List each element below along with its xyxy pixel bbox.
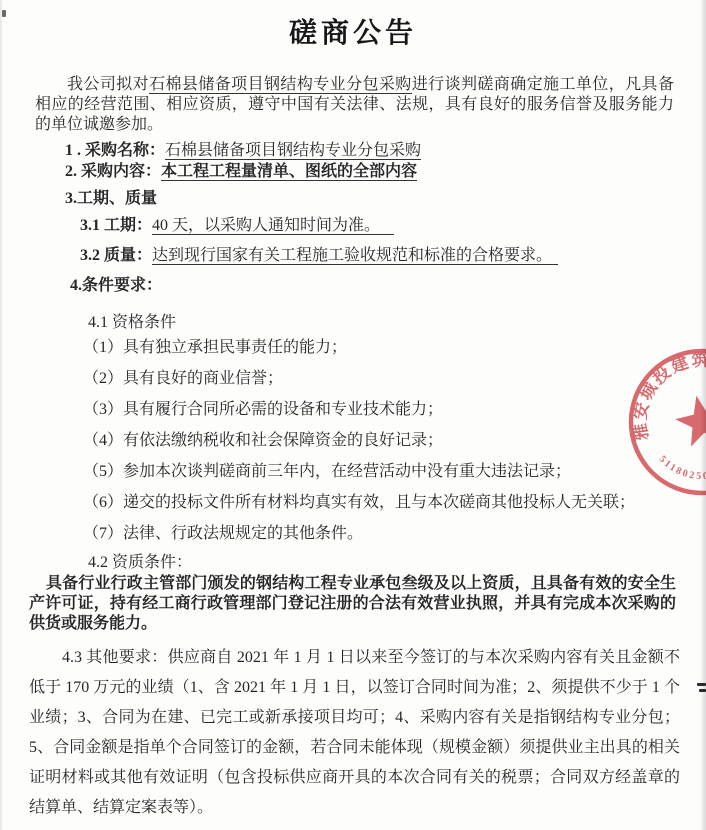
credential-body: 具备行业行政主管部门颁发的钢结构工程专业承包叁级及以上资质，且具备有效的安全生产… bbox=[29, 574, 676, 634]
intro-paragraph: 我公司拟对石棉县储备项目钢结构专业分包采购进行谈判磋商确定施工单位，凡具备相应的… bbox=[35, 75, 674, 135]
section3-quality: 3.2 质量：达到现行国家有关工程施工验收规范和标准的合格要求。 bbox=[80, 246, 706, 266]
item-procurement-content: 2. 采购内容：本工程工程量清单、图纸的全部内容 bbox=[65, 162, 706, 182]
duration-label: 3.1 工期： bbox=[80, 217, 152, 234]
duration-value: 40 天，以采购人通知时间为准。 bbox=[152, 217, 394, 235]
intro-project-name: 石棉县储备项目钢结构专业分包采购 bbox=[149, 76, 412, 94]
scan-speck bbox=[2, 10, 6, 17]
document-page: 磋商公告 我公司拟对石棉县储备项目钢结构专业分包采购进行谈判磋商确定施工单位，凡… bbox=[0, 0, 706, 830]
scan-speck bbox=[697, 683, 706, 686]
item-procurement-name-label: 1 . 采购名称： bbox=[65, 142, 165, 159]
other-requirements: 4.3 其他要求：供应商自 2021 年 1 月 1 日以来至今签订的与本次采购… bbox=[29, 643, 680, 823]
quality-value: 达到现行国家有关工程施工验收规范和标准的合格要求。 bbox=[152, 247, 558, 265]
scan-speck bbox=[699, 689, 706, 692]
item-procurement-name-value: 石棉县储备项目钢结构专业分包采购 bbox=[165, 142, 421, 160]
item-procurement-name: 1 . 采购名称：石棉县储备项目钢结构专业分包采购 bbox=[65, 141, 706, 161]
item-procurement-content-label: 2. 采购内容： bbox=[65, 163, 161, 180]
item-procurement-content-value: 本工程工程量清单、图纸的全部内容 bbox=[161, 163, 417, 181]
seal-star bbox=[671, 390, 706, 448]
official-seal-stamp: 雅安城投建筑 51180250 bbox=[592, 312, 706, 532]
seal-serial-number: 51180250 bbox=[657, 454, 706, 482]
section3-duration: 3.1 工期：40 天，以采购人通知时间为准。 bbox=[80, 216, 706, 236]
page-title: 磋商公告 bbox=[0, 14, 706, 54]
section4-heading: 4.条件要求： bbox=[70, 276, 706, 296]
intro-prefix: 我公司拟对 bbox=[67, 76, 149, 93]
credential-heading: 4.2 资质条件： bbox=[88, 553, 706, 573]
quality-label: 3.2 质量： bbox=[80, 247, 152, 264]
seal-serial-glyphs: 51180250 bbox=[657, 454, 706, 482]
section3-heading: 3.工期、质量 bbox=[65, 189, 706, 209]
